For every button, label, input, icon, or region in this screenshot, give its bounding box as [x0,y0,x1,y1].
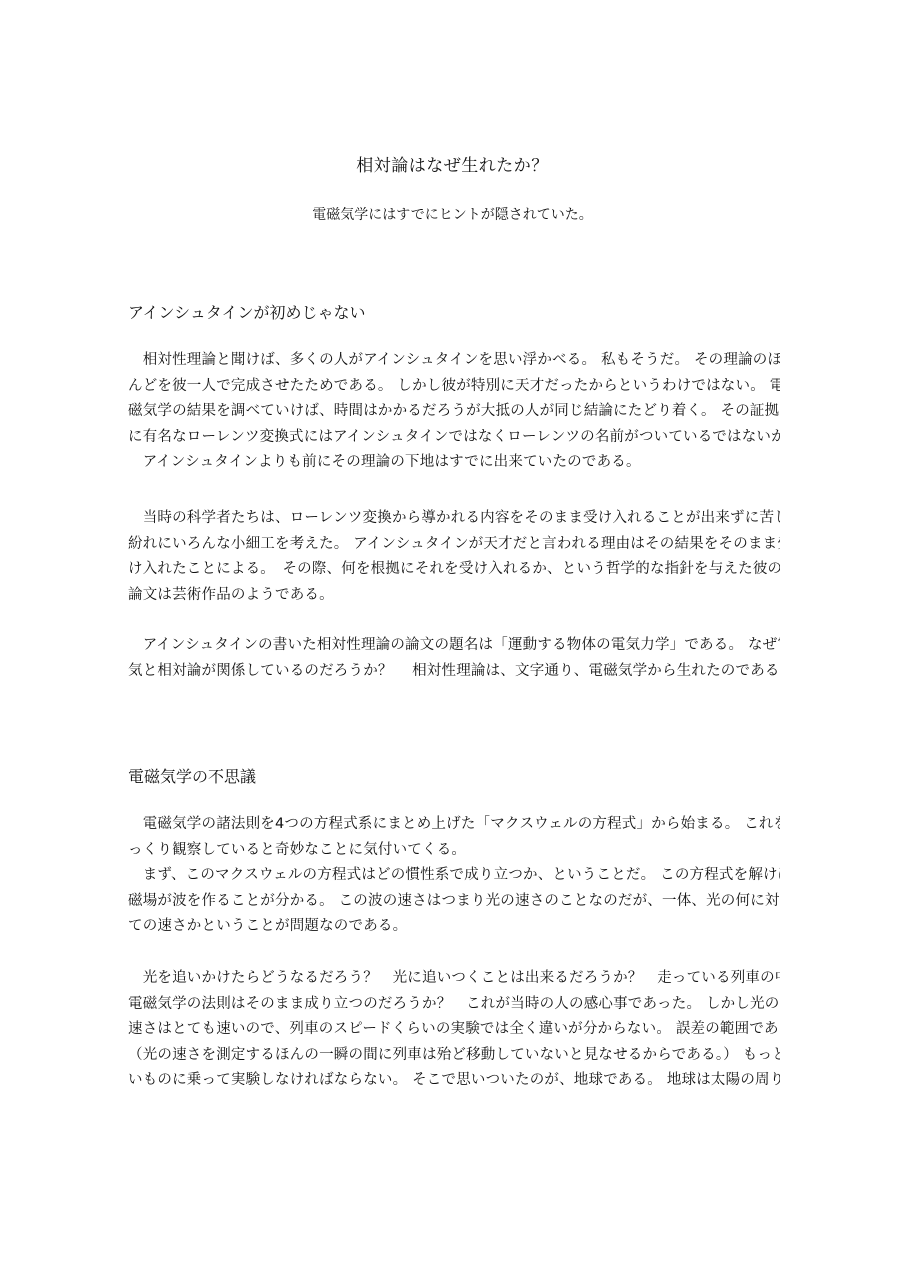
text-line: 気と相対論が関係しているのだろうか？ 相対性理論は、文字通り、電磁気学から生れた… [128,659,780,685]
text-line: （光の速さを測定するほんの一瞬の間に列車は殆ど移動していないと見なせるからである… [128,1043,780,1069]
text-line: に有名なローレンツ変換式にはアインシュタインではなくローレンツの名前がついている… [128,425,780,451]
paragraph: アインシュタインの書いた相対性理論の論文の題名は「運動する物体の電気力学」である… [128,633,780,684]
text-line: 紛れにいろんな小細工を考えた。 アインシュタインが天才だと言われる理由はその結果… [128,532,780,558]
document-title: 相対論はなぜ生れたか？ [0,151,905,176]
paragraph: 電磁気学の諸法則を4つの方程式系にまとめ上げた「マクスウェルの方程式」から始まる… [128,812,780,940]
text-line: 電磁気学の法則はそのまま成り立つのだろうか？ これが当時の人の感心事であった。 … [128,992,780,1018]
text-line: アインシュタインの書いた相対性理論の論文の題名は「運動する物体の電気力学」である… [128,633,780,659]
text-line: まず、このマクスウェルの方程式はどの慣性系で成り立つか、ということだ。 この方程… [128,863,780,889]
text-line: け入れたことによる。 その際、何を根拠にそれを受け入れるか、という哲学的な指針を… [128,557,780,583]
text-line: ての速さかということが問題なのである。 [128,914,780,940]
text-line: 当時の科学者たちは、ローレンツ変換から導かれる内容をそのまま受け入れることが出来… [128,506,780,532]
text-line: アインシュタインよりも前にその理論の下地はすでに出来ていたのである。 [128,450,780,476]
paragraph: 当時の科学者たちは、ローレンツ変換から導かれる内容をそのまま受け入れることが出来… [128,506,780,608]
text-line: いものに乗って実験しなければならない。 そこで思いついたのが、地球である。 地球… [128,1068,780,1094]
text-line: 速さはとても速いので、列車のスピードくらいの実験では全く違いが分からない。 誤差… [128,1017,780,1043]
section-heading-einstein-not-first: アインシュタインが初めじゃない [128,300,366,323]
text-line: 光を追いかけたらどうなるだろう？ 光に追いつくことは出来るだろうか？ 走っている… [128,966,780,992]
text-line: 磁場が波を作ることが分かる。 この波の速さはつまり光の速さのことなのだが、一体、… [128,889,780,915]
text-line: 相対性理論と聞けば、多くの人がアインシュタインを思い浮かべる。 私もそうだ。 そ… [128,348,780,374]
text-line: っくり観察していると奇妙なことに気付いてくる。 [128,838,780,864]
document-subtitle: 電磁気学にはすでにヒントが隠されていた。 [0,204,905,224]
text-line: 電磁気学の諸法則を4つの方程式系にまとめ上げた「マクスウェルの方程式」から始まる… [128,812,780,838]
paragraph: 相対性理論と聞けば、多くの人がアインシュタインを思い浮かべる。 私もそうだ。 そ… [128,348,780,476]
text-line: 磁気学の結果を調べていけば、時間はかかるだろうが大抵の人が同じ結論にたどり着く。… [128,399,780,425]
text-line: 論文は芸術作品のようである。 [128,583,780,609]
section-heading-electromagnetism-mystery: 電磁気学の不思議 [128,764,256,787]
text-line: んどを彼一人で完成させたためである。 しかし彼が特別に天才だったからというわけで… [128,374,780,400]
paragraph: 光を追いかけたらどうなるだろう？ 光に追いつくことは出来るだろうか？ 走っている… [128,966,780,1094]
